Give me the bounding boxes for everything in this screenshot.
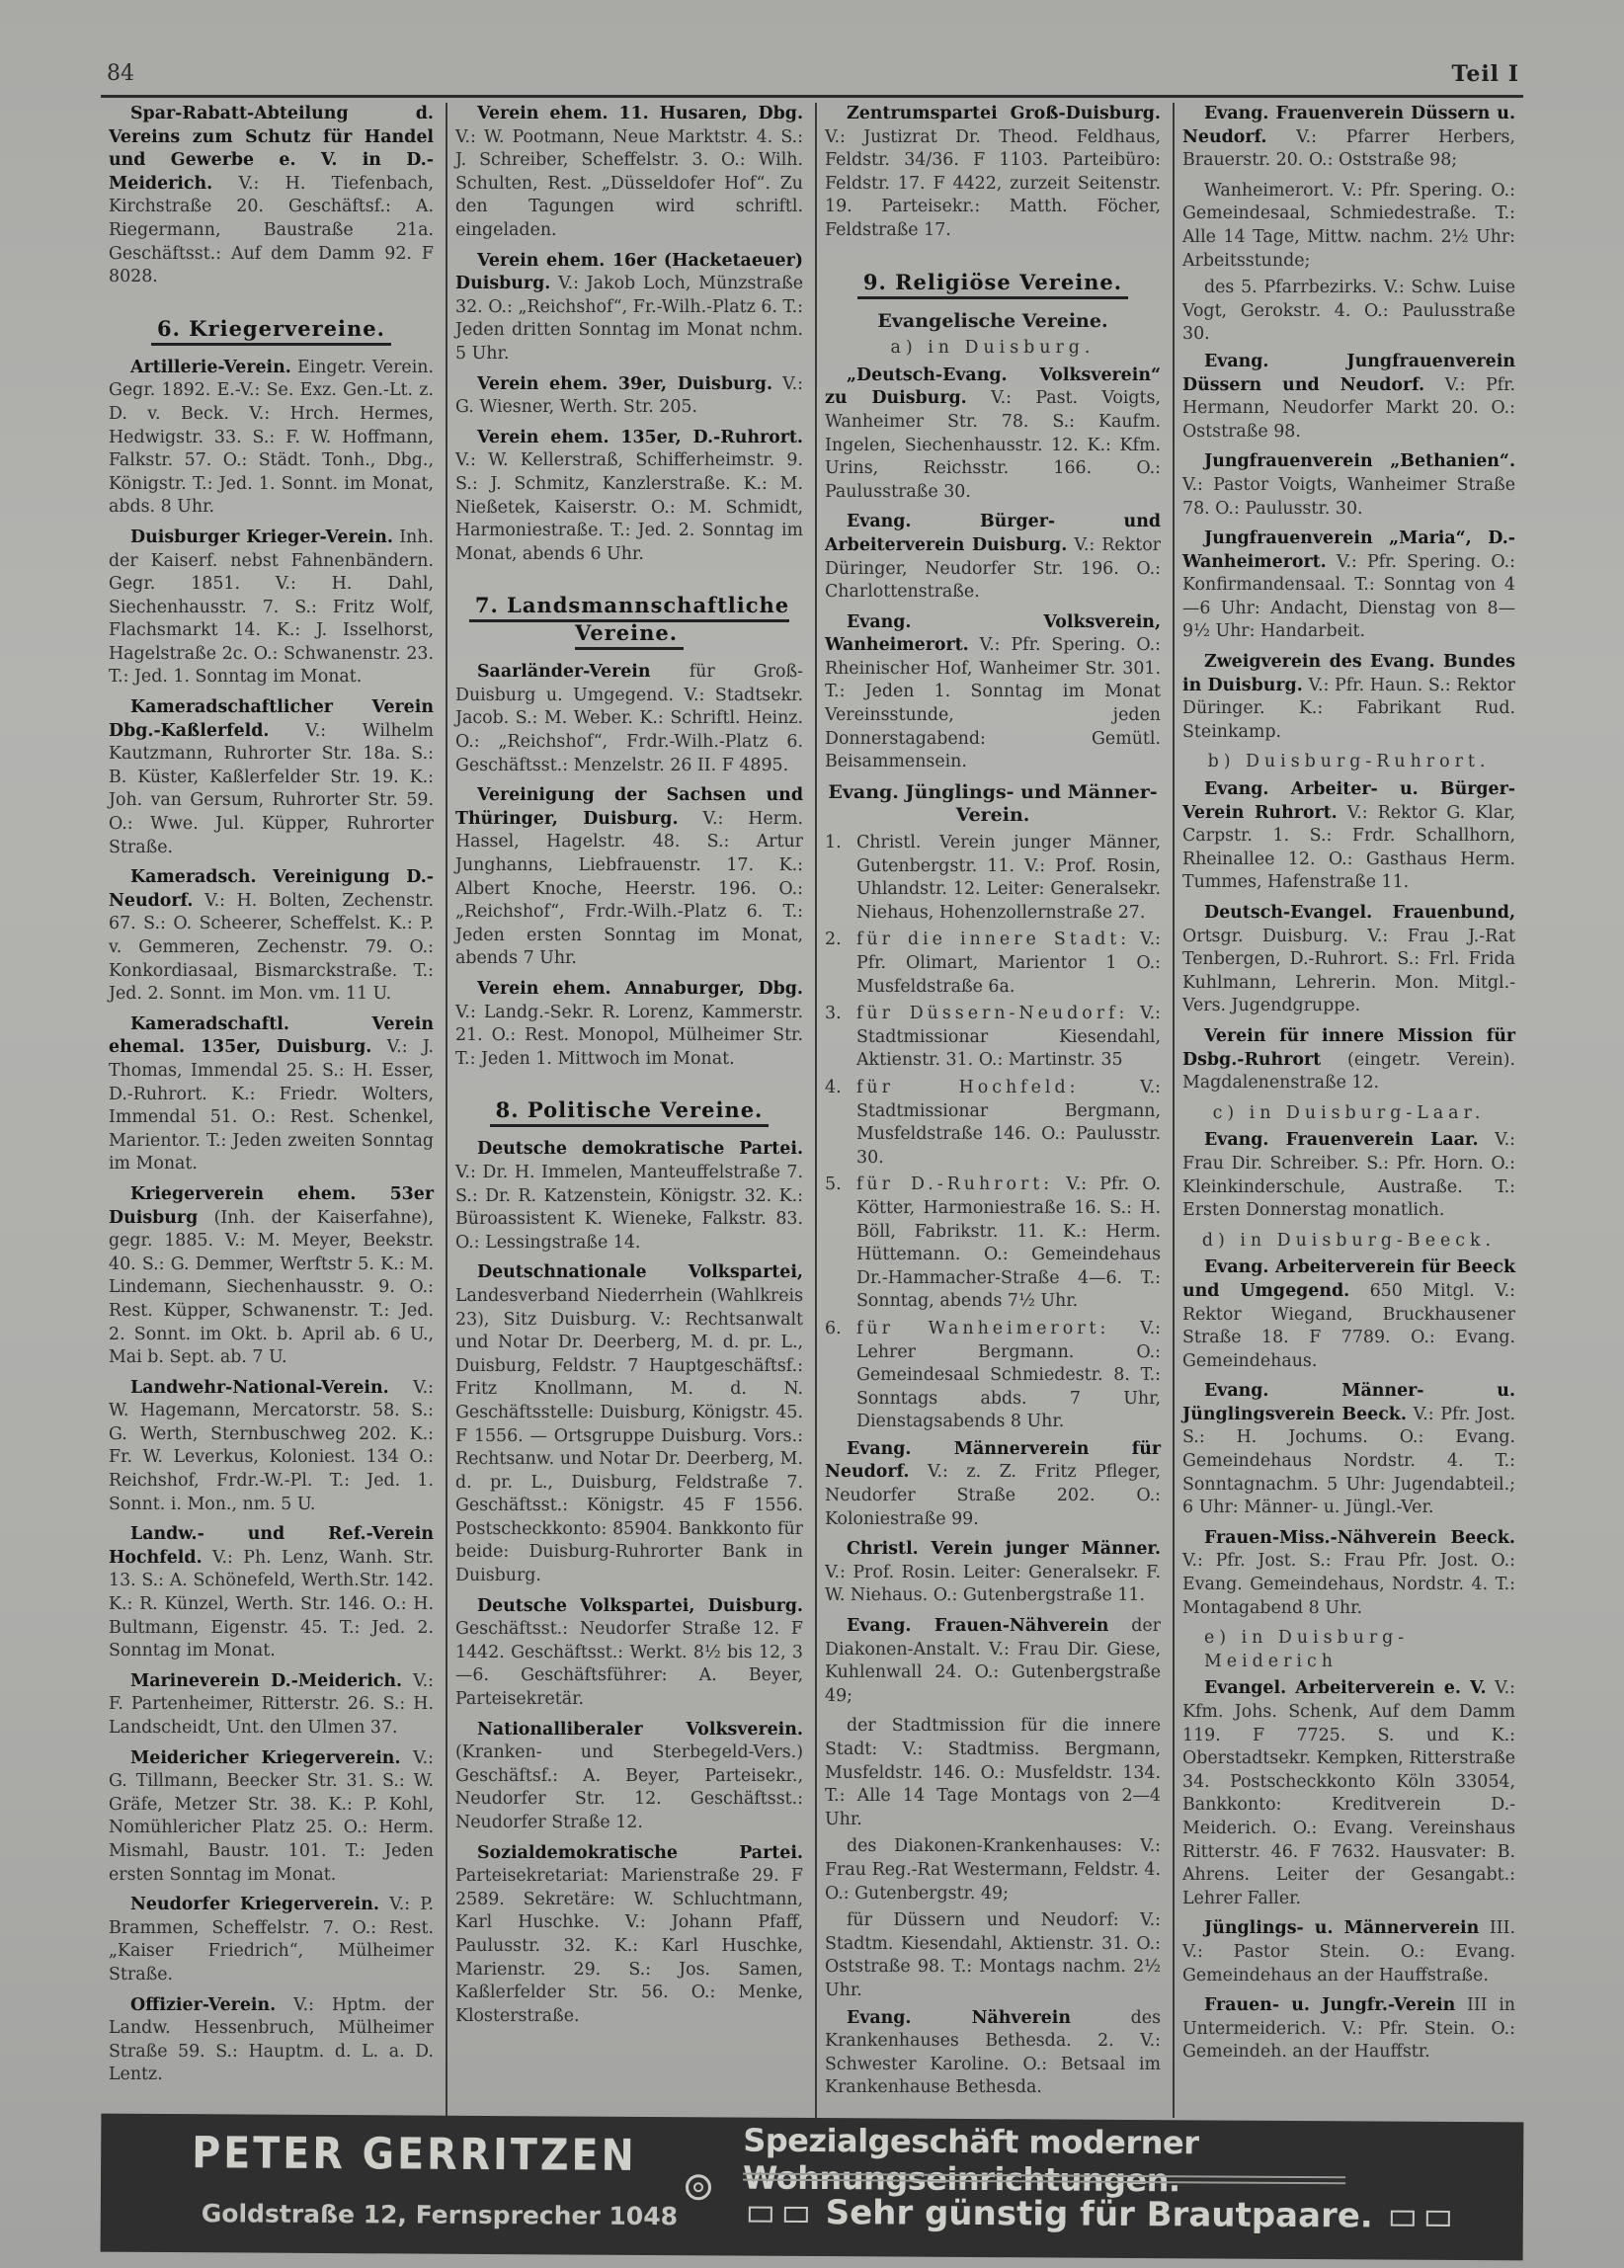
entry-details: Eingetr. Verein. Gegr. 1892. E.-V.: Se. … xyxy=(109,358,434,518)
entry-details: V.: Landg.-Sekr. R. Lorenz, Kammerstr. 2… xyxy=(455,1003,803,1069)
entry-name: Jungfrauenverein „Bethanien“. xyxy=(1204,451,1515,471)
box-ornament-icon xyxy=(1426,2210,1450,2226)
entry-name: Evang. Nähverein xyxy=(847,2008,1071,2028)
entry-name: Verein ehem. Annaburger, Dbg. xyxy=(477,979,803,999)
item-lead: für Wanheimerort: xyxy=(856,1319,1109,1338)
entry-details: V.: G. Tillmann, Beecker Str. 31. S.: W.… xyxy=(109,1748,434,1885)
continuation-paragraph: des 5. Pfarrbezirks. V.: Schw. Luise Vog… xyxy=(1182,277,1515,347)
item-body: V.: Pfr. O. Kötter, Harmoniestraße 16. S… xyxy=(856,1174,1161,1311)
item-text: Christl. Verein junger Männer, Gutenberg… xyxy=(856,832,1161,925)
entry-name: Evang. Frauenverein Laar. xyxy=(1204,1130,1479,1150)
entry-name: Saarländer-Verein xyxy=(477,662,651,682)
directory-entry: Deutschnationale Volkspartei, Landesverb… xyxy=(455,1261,803,1587)
directory-entry: Kriegerverein ehem. 53er Duisburg (Inh. … xyxy=(109,1183,434,1370)
numbered-item: 3.für Düssern-Neudorf: V.: Stadtmissiona… xyxy=(825,1003,1161,1073)
directory-entry: Jungfrauenverein „Bethanien“. V.: Pastor… xyxy=(1182,450,1515,521)
continuation-paragraph: des Diakonen-Krankenhauses: V.: Frau Reg… xyxy=(825,1835,1161,1905)
entry-name: Verein ehem. 39er, Duisburg. xyxy=(477,374,772,394)
entry-name: Offizier-Verein. xyxy=(130,1995,276,2015)
directory-entry: Kameradschaftlicher Verein Dbg.-Kaßlerfe… xyxy=(109,696,434,859)
directory-entry: Nationalliberaler Volksverein. (Kranken-… xyxy=(455,1719,803,1835)
continuation-paragraph: Wanheimerort. V.: Pfr. Spering. O.: Geme… xyxy=(1182,180,1515,273)
locality-heading: b) Duisburg-Ruhrort. xyxy=(1182,751,1515,774)
continuation-paragraph: für Düssern und Neudorf: V.: Stadtm. Kie… xyxy=(825,1909,1161,2002)
entry-name: Kameradschaftl. Verein ehemal. 135er, Du… xyxy=(109,1014,434,1058)
item-lead: für die innere Stadt: xyxy=(856,930,1130,949)
entry-details: V.: Kfm. Johs. Schenk, Auf dem Damm 119.… xyxy=(1182,1678,1515,1907)
entry-name: Frauen-Miss.-Nähverein Beeck. xyxy=(1204,1528,1515,1548)
directory-entry: Deutsch-Evangel. Frauenbund, Ortsgr. Dui… xyxy=(1182,902,1515,1018)
directory-entry: Artillerie-Verein. Eingetr. Verein. Gegr… xyxy=(109,357,434,520)
directory-entry: Evang. Frauenverein Düssern u. Neudorf. … xyxy=(1182,103,1515,173)
entry-name: Meidericher Kriegerverein. xyxy=(130,1748,401,1768)
directory-entry: Evang. Männerverein für Neudorf. V.: z. … xyxy=(825,1438,1161,1531)
item-text: für Düssern-Neudorf: V.: Stadtmissionar … xyxy=(856,1003,1161,1073)
entry-details: Ortsgr. Duisburg. V.: Frau J.-Rat Tenber… xyxy=(1182,927,1515,1016)
directory-entry: Spar-Rabatt-Abteilung d. Vereins zum Sch… xyxy=(109,103,434,289)
item-lead: für Düssern-Neudorf: xyxy=(856,1004,1128,1023)
directory-entry: Evang. Jungfrauenverein Düssern und Neud… xyxy=(1182,351,1515,444)
item-number: 4. xyxy=(825,1077,856,1170)
item-text: für die innere Stadt: V.: Pfr. Olimart, … xyxy=(856,929,1161,999)
box-ornament-icon xyxy=(1391,2210,1415,2226)
directory-entry: Marineverein D.-Meiderich. V.: F. Parten… xyxy=(109,1670,434,1741)
section-heading: 9. Religiöse Vereine. xyxy=(825,269,1161,296)
item-text: für Hochfeld: V.: Stadtmissionar Bergman… xyxy=(856,1077,1161,1170)
entry-name: Verein ehem. 135er, D.-Ruhrort. xyxy=(477,428,803,447)
directory-entry: Deutsche Volkspartei, Duisburg. Geschäft… xyxy=(455,1595,803,1712)
entry-details: V.: W. Kellerstraß, Schifferheimstr. 9. … xyxy=(455,450,803,563)
entry-name: Deutschnationale Volkspartei, xyxy=(477,1262,803,1282)
locality-heading: a) in Duisburg. xyxy=(825,337,1161,361)
directory-entry: Evang. Nähverein des Krankenhauses Bethe… xyxy=(825,2007,1161,2100)
directory-entry: Frauen-Miss.-Nähverein Beeck. V.: Pfr. J… xyxy=(1182,1527,1515,1620)
entry-name: Nationalliberaler Volksverein. xyxy=(477,1720,803,1740)
directory-entry: Evang. Frauen-Nähverein der Diakonen-Ans… xyxy=(825,1615,1161,1708)
entry-details: V.: Pastor Voigts, Wanheimer Straße 78. … xyxy=(1182,475,1515,519)
entry-details: V.: Prof. Rosin. Leiter: Generalsekr. F.… xyxy=(825,1563,1161,1606)
directory-page: 84 Teil I Spar-Rabatt-Abteilung d. Verei… xyxy=(0,0,1624,2268)
ad-offer: Sehr günstig für Brautpaare. xyxy=(743,2193,1456,2236)
item-text: für Wanheimerort: V.: Lehrer Bergmann. O… xyxy=(856,1318,1161,1434)
entry-name: Christl. Verein junger Männer. xyxy=(847,1539,1161,1559)
item-lead: für D.-Ruhrort: xyxy=(856,1174,1053,1194)
item-lead: für Hochfeld: xyxy=(856,1078,1079,1097)
numbered-item: 1.Christl. Verein junger Männer, Gutenbe… xyxy=(825,832,1161,925)
directory-entry: Evang. Arbeiter- u. Bürger-Verein Ruhror… xyxy=(1182,778,1515,895)
part-label: Teil I xyxy=(1451,61,1519,87)
entry-name: Artillerie-Verein. xyxy=(130,358,291,377)
entry-details: V.: Herm. Hassel, Hagelstr. 48. S.: Artu… xyxy=(455,809,803,969)
entry-name: Verein ehem. 11. Husaren, Dbg. xyxy=(477,104,803,123)
directory-entry: Verein ehem. 11. Husaren, Dbg. V.: W. Po… xyxy=(455,103,803,243)
item-number: 2. xyxy=(825,929,856,999)
ad-offer-text: Sehr günstig für Brautpaare. xyxy=(826,2193,1373,2235)
ad-tagline: Spezialgeschäft moderner Wohnungseinrich… xyxy=(743,2122,1523,2202)
directory-entry: Evang. Volksverein, Wanheimerort. V.: Pf… xyxy=(825,611,1161,774)
entry-name: Evangel. Arbeiterverein e. V. xyxy=(1204,1678,1487,1698)
directory-entry: Evang. Bürger- und Arbeiterverein Duisbu… xyxy=(825,511,1161,604)
directory-entry: Landw.- und Ref.-Verein Hochfeld. V.: Ph… xyxy=(109,1523,434,1663)
directory-entry: Meidericher Kriegerverein. V.: G. Tillma… xyxy=(109,1747,434,1888)
entry-details: V.: Pfr. Spering. O.: Rheinischer Hof, W… xyxy=(825,635,1161,771)
directory-entry: Deutsche demokratische Partei. V.: Dr. H… xyxy=(455,1138,803,1255)
directory-entry: Verein ehem. Annaburger, Dbg. V.: Landg.… xyxy=(455,978,803,1071)
directory-entry: Evang. Arbeiterverein für Beeck und Umge… xyxy=(1182,1256,1515,1373)
section-heading: 6. Kriegervereine. xyxy=(109,315,434,343)
column-1: Spar-Rabatt-Abteilung d. Vereins zum Sch… xyxy=(101,103,442,2118)
column-2: Verein ehem. 11. Husaren, Dbg. V.: W. Po… xyxy=(446,103,811,2118)
locality-heading: d) in Duisburg-Beeck. xyxy=(1182,1230,1515,1254)
numbered-item: 5.für D.-Ruhrort: V.: Pfr. O. Kötter, Ha… xyxy=(825,1174,1161,1314)
entry-name: Deutsche Volkspartei, Duisburg. xyxy=(477,1596,803,1616)
advertisement-banner: PETER GERRITZEN Goldstraße 12, Fernsprec… xyxy=(101,2114,1524,2261)
directory-entry: Offizier-Verein. V.: Hptm. der Landw. He… xyxy=(109,1994,434,2087)
directory-entry: Verein ehem. 16er (Hacketaeuer) Duisburg… xyxy=(455,250,803,366)
box-ornament-icon xyxy=(784,2206,808,2222)
entry-name: Deutsche demokratische Partei. xyxy=(477,1139,803,1159)
directory-entry: Verein für innere Mission für Dsbg.-Ruhr… xyxy=(1182,1025,1515,1095)
entry-name: Landwehr-National-Verein. xyxy=(130,1378,389,1398)
ad-company-name: PETER GERRITZEN xyxy=(192,2128,637,2181)
directory-entry: Christl. Verein junger Männer. V.: Prof.… xyxy=(825,1538,1161,1608)
directory-entry: Neudorfer Kriegerverein. V.: P. Brammen,… xyxy=(109,1894,434,1986)
entry-name: Deutsch-Evangel. Frauenbund, xyxy=(1204,903,1515,923)
section-heading: 7. Landsmannschaftliche Vereine. xyxy=(455,592,803,647)
circle-logo-icon xyxy=(686,2174,711,2200)
directory-entry: Sozialdemokratische Partei. Parteisekret… xyxy=(455,1842,803,2029)
column-layout: Spar-Rabatt-Abteilung d. Vereins zum Sch… xyxy=(101,103,1523,2118)
entry-name: Duisburger Krieger-Verein. xyxy=(130,527,393,547)
directory-entry: Evang. Frauenverein Laar. V.: Frau Dir. … xyxy=(1182,1129,1515,1222)
section-heading-text: 7. Landsmannschaftliche Vereine. xyxy=(469,593,789,650)
page-header: 84 Teil I xyxy=(101,57,1523,97)
directory-entry: Duisburger Krieger-Verein. Inh. der Kais… xyxy=(109,526,434,689)
entry-details: V.: W. Pootmann, Neue Marktstr. 4. S.: J… xyxy=(455,127,803,240)
item-number: 1. xyxy=(825,832,856,925)
directory-entry: Jünglings- u. Männerverein III. V.: Past… xyxy=(1182,1917,1515,1987)
directory-entry: Frauen- u. Jungfr.-Verein III in Unterme… xyxy=(1182,1994,1515,2065)
item-number: 3. xyxy=(825,1003,856,1073)
sub-heading: Evangelische Vereine. xyxy=(825,310,1161,334)
page-number: 84 xyxy=(107,61,134,86)
item-number: 6. xyxy=(825,1318,856,1434)
entry-details: V.: J. Thomas, Immendal 25. S.: H. Esser… xyxy=(109,1037,434,1174)
entry-details: V.: Dr. H. Immelen, Manteuffelstraße 7. … xyxy=(455,1163,803,1253)
locality-heading: e) in Duisburg-Meiderich xyxy=(1182,1627,1515,1673)
entry-name: Zentrumspartei Groß-Duisburg. xyxy=(847,104,1161,123)
directory-entry: Zweigverein des Evang. Bundes in Duisbur… xyxy=(1182,651,1515,744)
entry-details: V.: W. Hagemann, Mercatorstr. 58. S.: G.… xyxy=(109,1378,434,1514)
entry-details: V.: Justizrat Dr. Theod. Feldhaus, Felds… xyxy=(825,127,1161,240)
entry-details: Parteisekretariat: Marienstraße 29. F 25… xyxy=(455,1866,803,2026)
entry-details: Inh. der Kaiserf. nebst Fahnenbändern. G… xyxy=(109,527,434,688)
page-content: 84 Teil I Spar-Rabatt-Abteilung d. Verei… xyxy=(101,57,1523,97)
header-rule xyxy=(101,95,1523,98)
item-body: Christl. Verein junger Männer, Gutenberg… xyxy=(856,833,1161,923)
column-3: Zentrumspartei Groß-Duisburg. V.: Justiz… xyxy=(815,103,1169,2118)
directory-entry: Kameradschaftl. Verein ehemal. 135er, Du… xyxy=(109,1013,434,1176)
sub-heading: Evang. Jünglings- und Männer-Verein. xyxy=(825,781,1161,828)
entry-details: Geschäftsst.: Neudorfer Straße 12. F 144… xyxy=(455,1619,803,1709)
entry-details: Landesverband Niederrhein (Wahlkreis 23)… xyxy=(455,1286,803,1585)
directory-entry: Verein ehem. 39er, Duisburg. V.: G. Wies… xyxy=(455,373,803,420)
entry-name: Sozialdemokratische Partei. xyxy=(477,1843,803,1863)
entry-details: V.: Pfr. Jost. S.: Frau Pfr. Jost. O.: E… xyxy=(1182,1551,1515,1617)
column-4: Evang. Frauenverein Düssern u. Neudorf. … xyxy=(1173,103,1523,2118)
directory-entry: Landwehr-National-Verein. V.: W. Hageman… xyxy=(109,1377,434,1517)
directory-entry: „Deutsch-Evang. Volksverein“ zu Duisburg… xyxy=(825,364,1161,505)
directory-entry: Zentrumspartei Groß-Duisburg. V.: Justiz… xyxy=(825,103,1161,243)
entry-name: Marineverein D.-Meiderich. xyxy=(130,1671,402,1691)
section-heading: 8. Politische Vereine. xyxy=(455,1096,803,1124)
section-heading-text: 8. Politische Vereine. xyxy=(490,1097,770,1127)
directory-entry: Jungfrauenverein „Maria“, D.-Wanheimeror… xyxy=(1182,527,1515,644)
directory-entry: Evangel. Arbeiterverein e. V. V.: Kfm. J… xyxy=(1182,1677,1515,1910)
directory-entry: Kameradsch. Vereinigung D.-Neudorf. V.: … xyxy=(109,866,434,1007)
numbered-item: 4.für Hochfeld: V.: Stadtmissionar Bergm… xyxy=(825,1077,1161,1170)
item-text: für D.-Ruhrort: V.: Pfr. O. Kötter, Harm… xyxy=(856,1174,1161,1314)
entry-details: (Inh. der Kaiserfahne), gegr. 1885. V.: … xyxy=(109,1208,434,1368)
directory-entry: Vereinigung der Sachsen und Thüringer, D… xyxy=(455,784,803,971)
item-number: 5. xyxy=(825,1174,856,1314)
section-heading-text: 9. Religiöse Vereine. xyxy=(857,270,1128,299)
numbered-item: 2.für die innere Stadt: V.: Pfr. Olimart… xyxy=(825,929,1161,999)
entry-name: Evang. Frauen-Nähverein xyxy=(847,1616,1108,1636)
entry-name: Frauen- u. Jungfr.-Verein xyxy=(1204,1995,1455,2015)
box-ornament-icon xyxy=(749,2206,772,2222)
entry-details: (Kranken- und Sterbegeld-Vers.) Geschäft… xyxy=(455,1742,803,1832)
section-heading-text: 6. Kriegervereine. xyxy=(151,316,391,346)
ad-address: Goldstraße 12, Fernsprecher 1048 xyxy=(202,2199,678,2230)
continuation-paragraph: der Stadtmission für die innere Stadt: V… xyxy=(825,1715,1161,1831)
directory-entry: Evang. Männer- u. Jünglingsverein Beeck.… xyxy=(1182,1380,1515,1520)
entry-name: Neudorfer Kriegerverein. xyxy=(130,1895,379,1914)
entry-details: V.: Wilhelm Kautzmann, Ruhrorter Str. 18… xyxy=(109,721,434,857)
numbered-item: 6.für Wanheimerort: V.: Lehrer Bergmann.… xyxy=(825,1318,1161,1434)
locality-heading: c) in Duisburg-Laar. xyxy=(1182,1102,1515,1126)
directory-entry: Verein ehem. 135er, D.-Ruhrort. V.: W. K… xyxy=(455,427,803,567)
entry-name: Jünglings- u. Männerverein xyxy=(1204,1918,1479,1938)
directory-entry: Saarländer-Verein für Groß-Duisburg u. U… xyxy=(455,661,803,777)
